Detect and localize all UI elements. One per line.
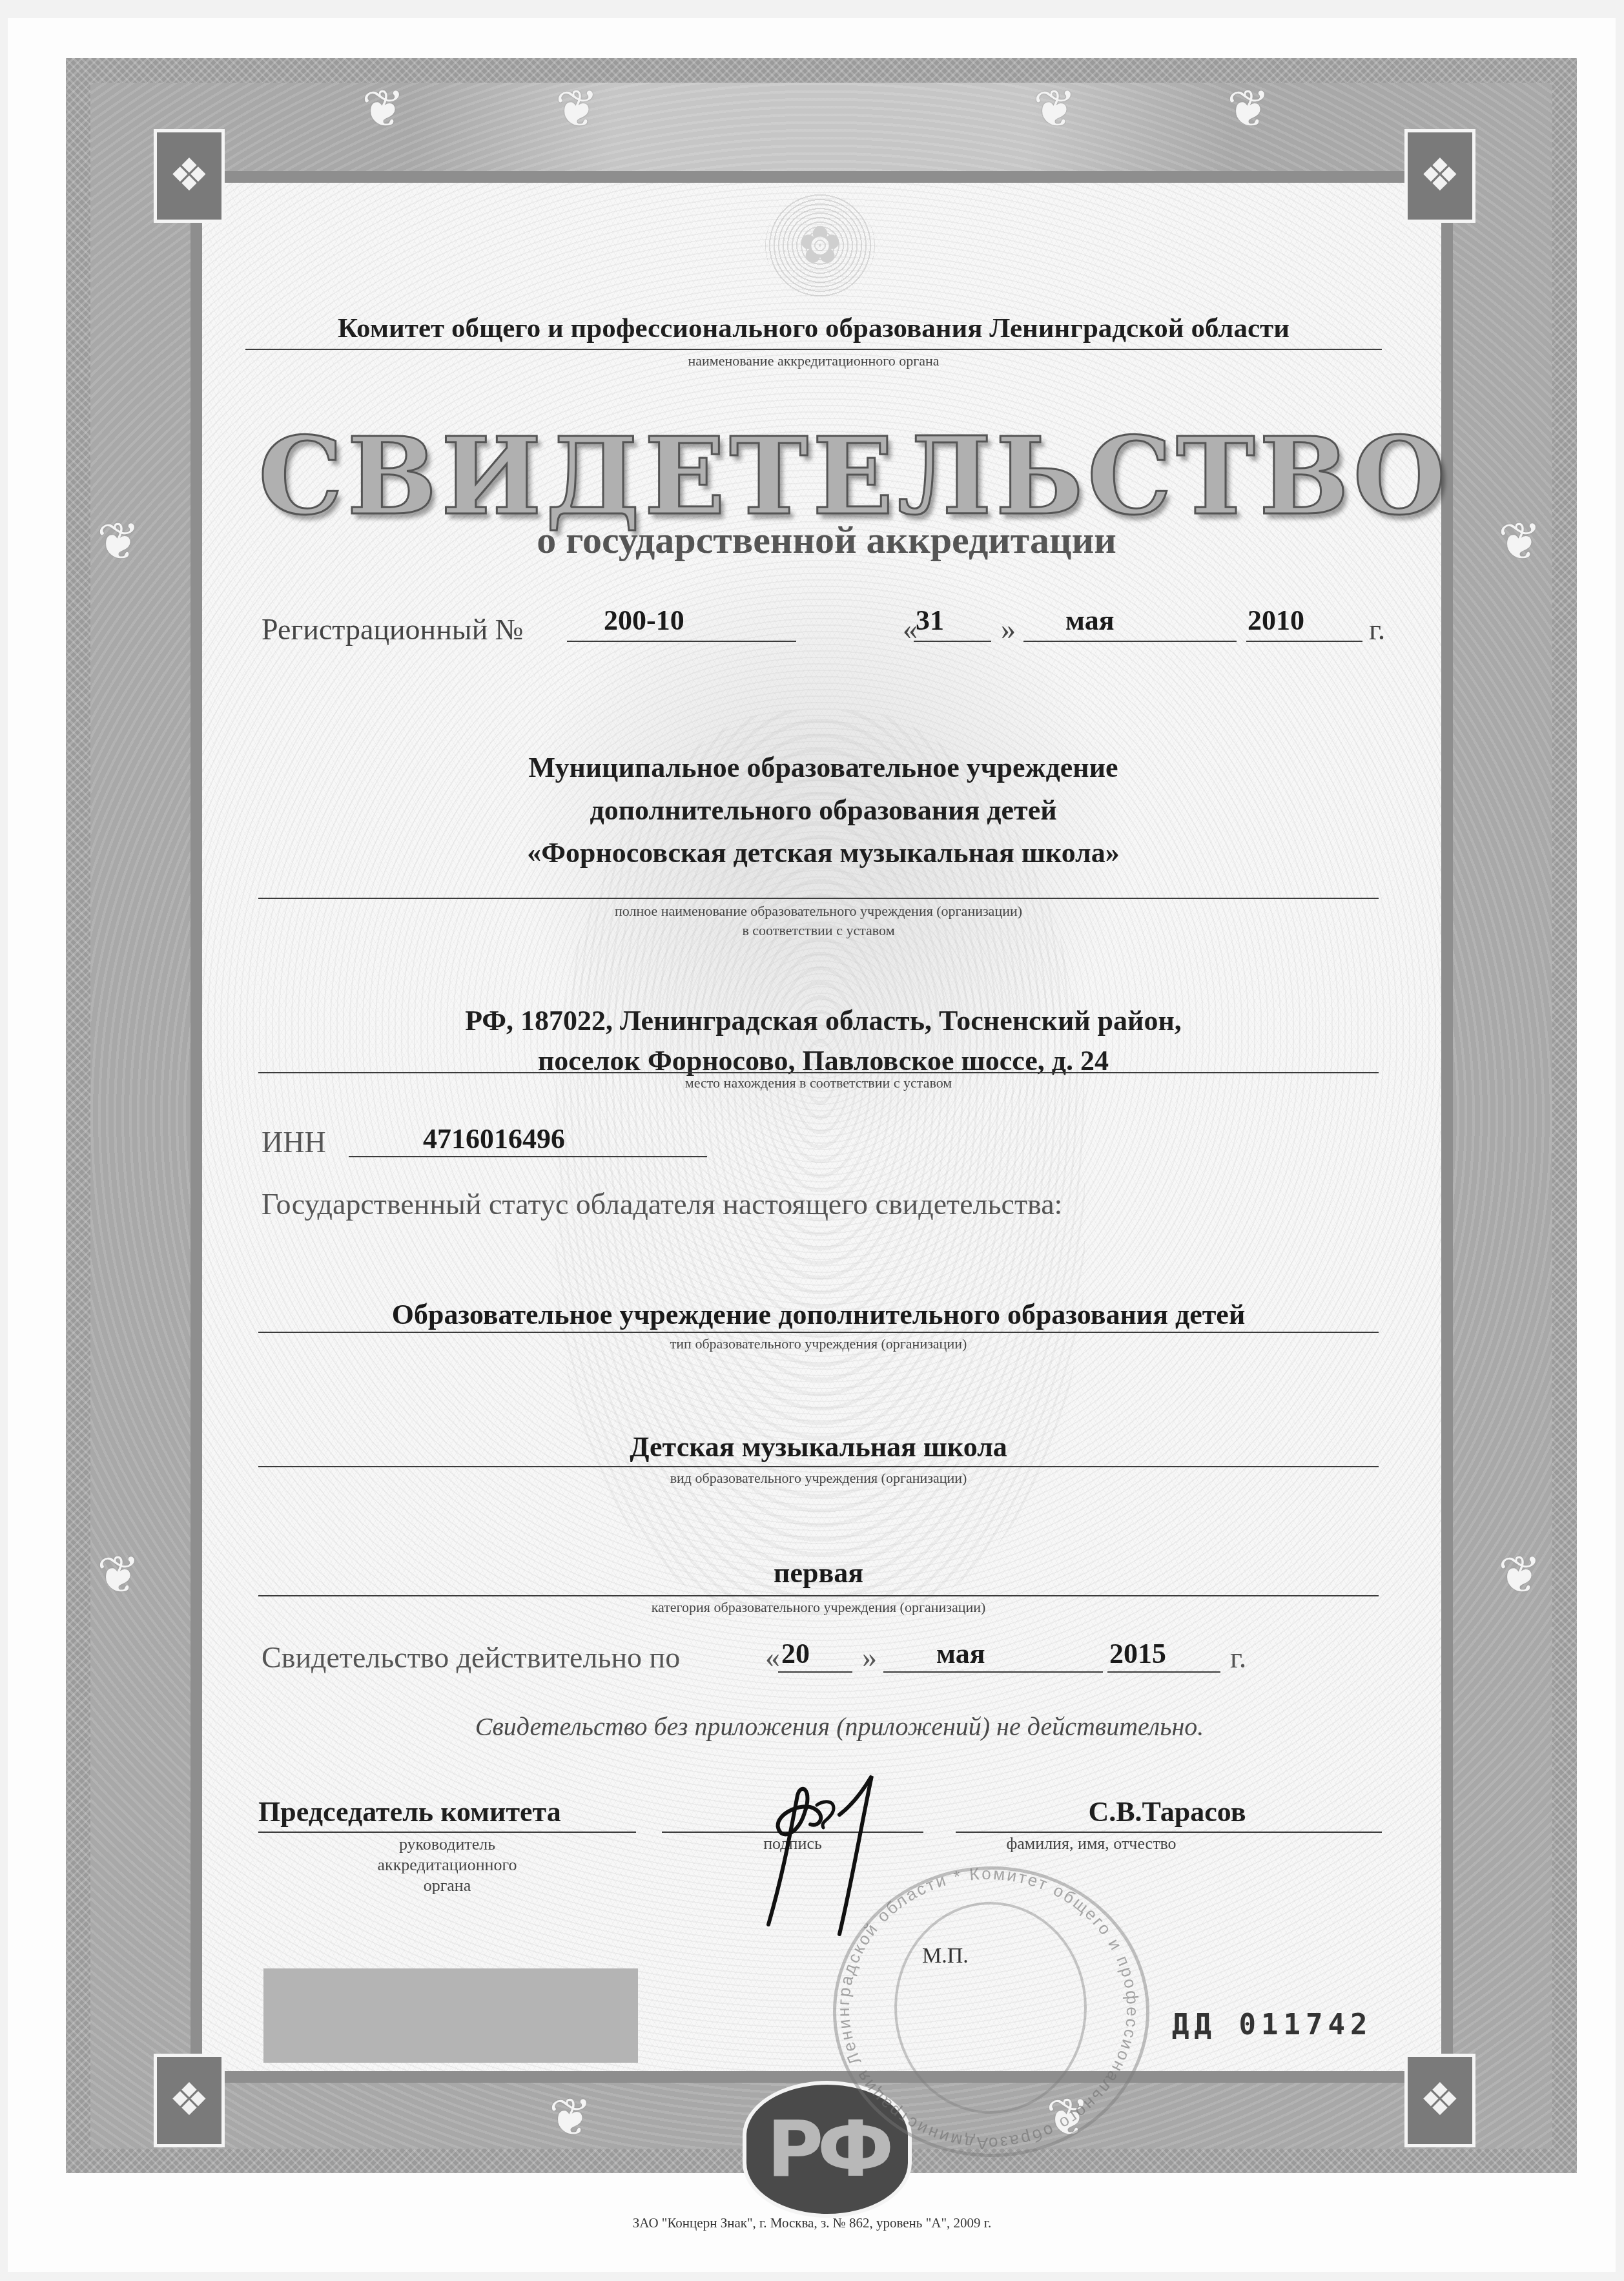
caption-line: руководитель [258,1834,636,1855]
certificate-content: Комитет общего и профессионального образ… [0,0,1624,2281]
stamp-place-label: М.П. [922,1944,969,1968]
organization-address: РФ, 187022, Ленинградская область, Тосне… [258,1004,1388,1078]
institution-category-caption: категория образовательного учреждения (о… [258,1599,1379,1616]
organization-name-line: Муниципальное образовательное учреждение [291,752,1356,783]
institution-category: первая [258,1556,1379,1589]
underline [1023,641,1237,642]
underline [778,1671,852,1673]
registration-month: мая [1065,604,1114,637]
stamp-ring-text: Администрация Ленинградской области * Ко… [833,1866,1143,2151]
accrediting-body: Комитет общего и профессионального образ… [245,313,1382,344]
year-suffix: г. [1369,612,1385,646]
organization-name-line: «Форносовская детская музыкальная школа» [291,838,1356,869]
organization-name-line: дополнительного образования детей [291,795,1356,826]
underline [956,1832,1382,1833]
underline [258,1332,1379,1333]
year-suffix: г. [1230,1640,1246,1675]
organization-name: Муниципальное образовательное учреждение… [291,752,1356,869]
printer-imprint: ЗАО "Концерн Знак", г. Москва, з. № 862,… [0,2215,1624,2231]
institution-type-caption: тип образовательного учреждения (организ… [258,1336,1379,1352]
signatory-position: Председатель комитета [258,1795,561,1828]
underline [258,1595,1379,1596]
underline [258,898,1379,899]
caption-line: аккредитационного [258,1855,636,1875]
quote-close: » [1001,612,1016,646]
underline [1107,1671,1220,1673]
registration-number: 200-10 [604,604,684,637]
validity-month: мая [936,1637,985,1670]
caption-line: органа [258,1875,636,1896]
underline [258,1072,1379,1073]
registration-label: Регистрационный № [262,612,524,646]
quote-open: « [765,1640,780,1675]
institution-type: Образовательное учреждение дополнительно… [258,1298,1379,1331]
signatory-name: С.В.Тарасов [956,1795,1379,1828]
registration-year: 2010 [1248,604,1304,637]
validity-label: Свидетельство действительно по [262,1640,680,1675]
name-caption: фамилия, имя, отчество [956,1834,1227,1853]
signatory-position-caption: руководитель аккредитационного органа [258,1834,636,1896]
stamp-ring-label: Администрация Ленинградской области * Ко… [833,1866,1142,2151]
accrediting-body-caption: наименование аккредитационного органа [245,353,1382,369]
hologram-strip [263,1968,638,2063]
underline [883,1671,1103,1673]
address-line: РФ, 187022, Ленинградская область, Тосне… [258,1004,1388,1038]
organization-name-caption: полное наименование образовательного учр… [258,902,1379,940]
underline [1246,641,1362,642]
institution-kind: Детская музыкальная школа [258,1430,1379,1463]
inn-label: ИНН [262,1125,326,1159]
serial-number: ДД 011742 [1172,2008,1372,2041]
inn-value: 4716016496 [423,1122,565,1155]
certificate-subtitle: о государственной аккредитации [258,518,1395,563]
institution-kind-caption: вид образовательного учреждения (организ… [258,1470,1379,1487]
quote-close: » [862,1640,877,1675]
underline [349,1156,707,1157]
caption-line: полное наименование образовательного учр… [258,902,1379,921]
registration-day: 31 [916,604,944,637]
underline [258,1466,1379,1467]
validity-year: 2015 [1109,1637,1166,1670]
caption-line: в соответствии с уставом [258,921,1379,940]
underline [258,1832,636,1833]
status-heading: Государственный статус обладателя настоя… [262,1187,1062,1221]
validity-day: 20 [781,1637,810,1670]
svg-text:Администрация Ленинградской об: Администрация Ленинградской области * Ко… [833,1866,1142,2151]
underline [567,641,796,642]
underline [914,641,991,642]
underline [245,349,1382,350]
address-caption: место нахождения в соответствии с уставо… [258,1075,1379,1091]
validity-note: Свидетельство без приложения (приложений… [355,1711,1324,1742]
